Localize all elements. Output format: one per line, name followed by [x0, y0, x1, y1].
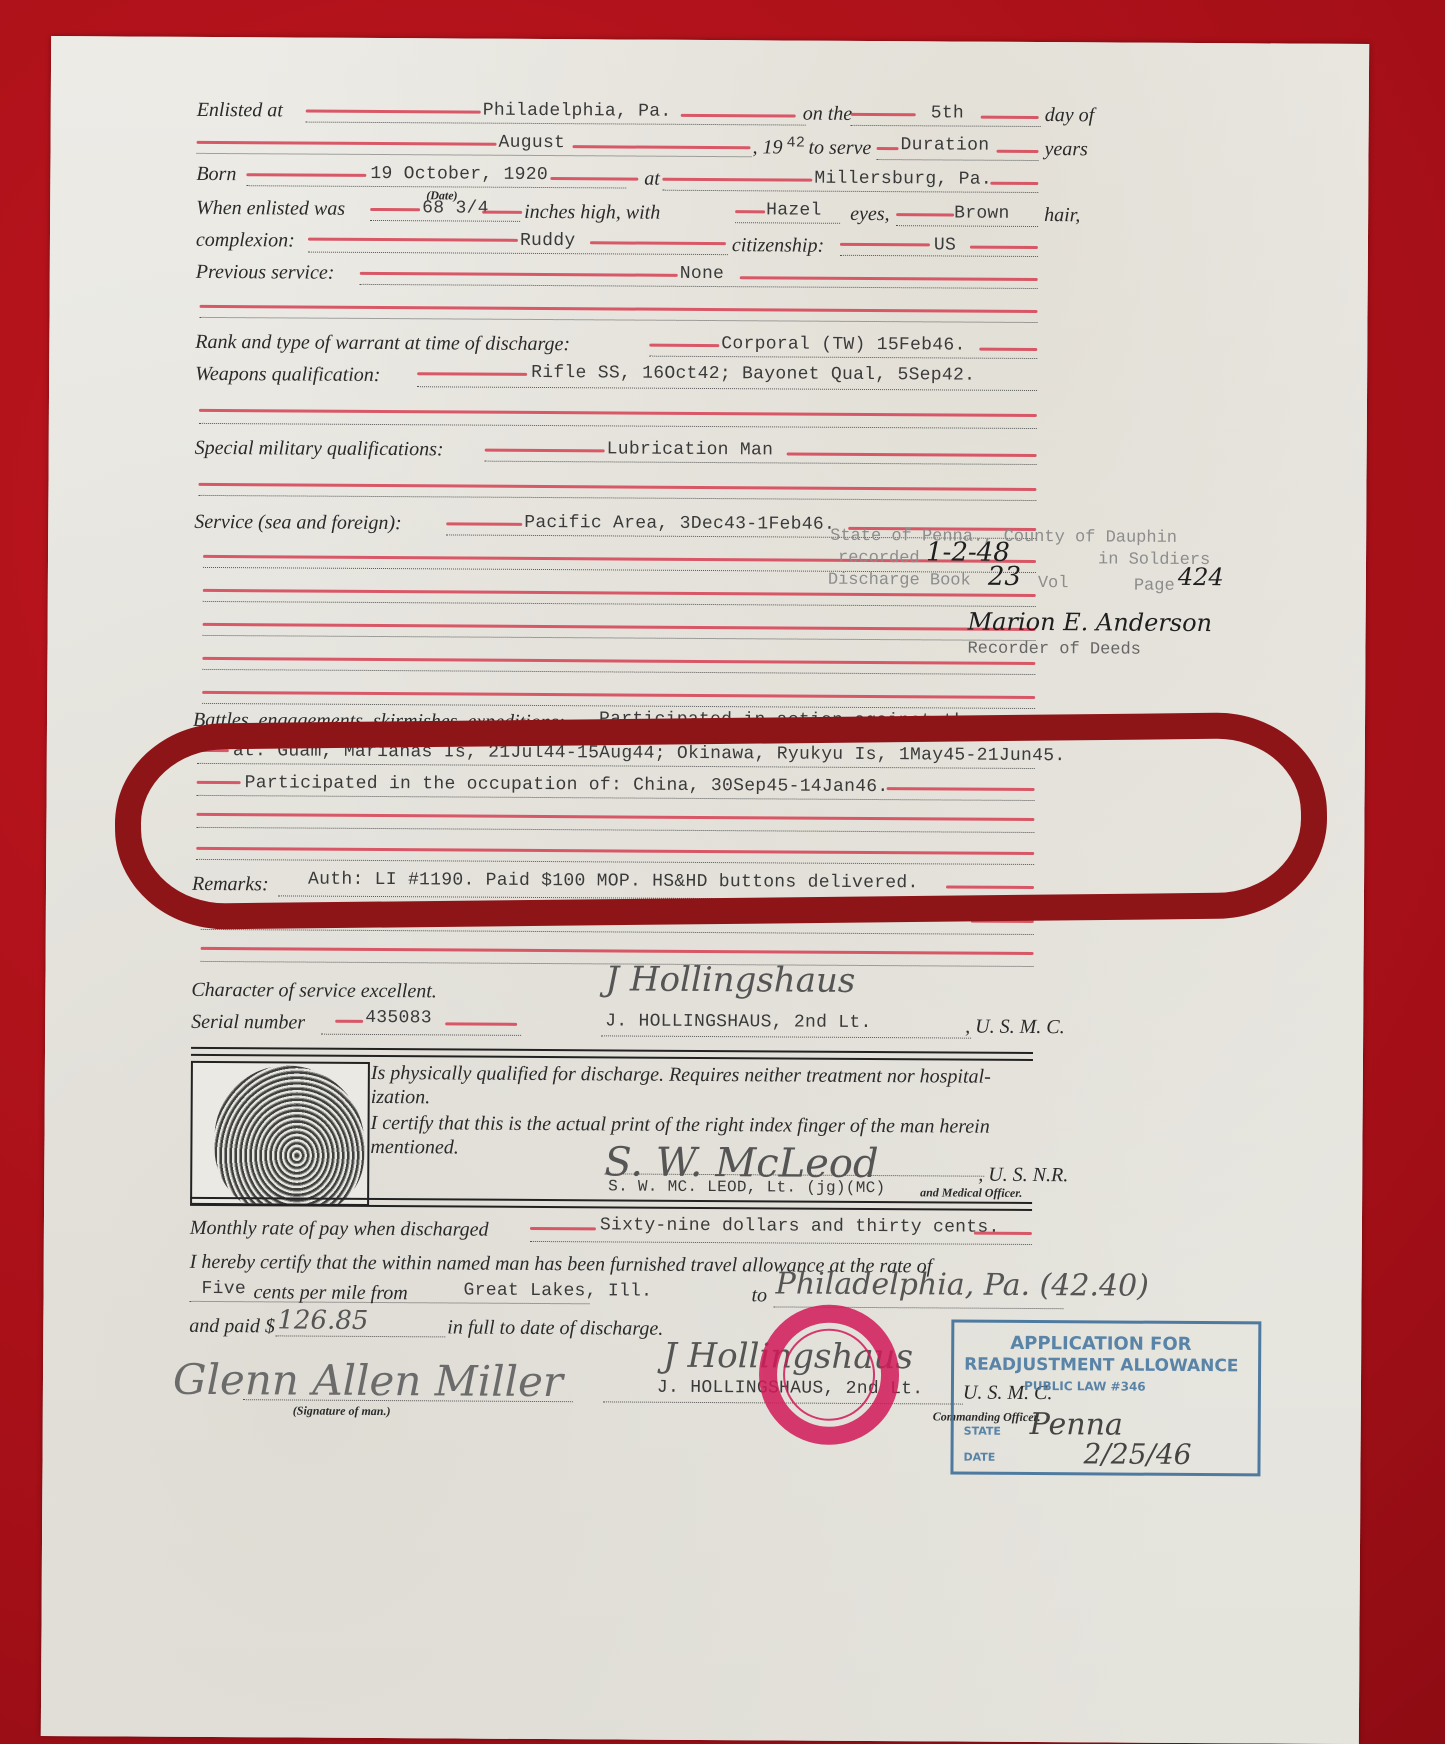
serial-number-label: Serial number: [191, 1011, 305, 1035]
rank-value: Corporal (TW) 15Feb46.: [721, 334, 965, 355]
to-serve-label: to serve: [808, 137, 871, 160]
vol-label: Vol: [1038, 574, 1069, 593]
years-label: years: [1044, 138, 1087, 161]
weapons-label: Weapons qualification:: [195, 363, 381, 387]
recorder-stamp-recorded: recorded: [838, 549, 920, 568]
fingerprint-image: [214, 1065, 365, 1206]
per-mile-label: cents per mile from: [253, 1281, 407, 1305]
citizenship-value: US: [934, 235, 956, 255]
travel-to-value: Philadelphia, Pa. (42.40): [775, 1266, 1149, 1303]
special-quals-value: Lubrication Man: [607, 439, 774, 460]
travel-to-label: to: [751, 1284, 767, 1307]
citizenship-label: citizenship:: [732, 234, 824, 258]
enlisted-at-value: Philadelphia, Pa.: [483, 101, 672, 122]
medical-line-1: Is physically qualified for discharge. R…: [371, 1062, 991, 1089]
page-label: Page: [1134, 577, 1175, 596]
year-prefix: , 19: [752, 136, 782, 159]
service-foreign-value: Pacific Area, 3Dec43-1Feb46.: [524, 513, 835, 535]
separation-center-stamp: [759, 1304, 900, 1445]
discharge-book-number: 23: [988, 562, 1021, 592]
paid-full-label: in full to date of discharge.: [447, 1316, 663, 1340]
hair-color: Brown: [954, 204, 1010, 224]
medical-line-4: mentioned.: [370, 1136, 458, 1160]
previous-service-label: Previous service:: [196, 261, 335, 285]
complexion-value: Ruddy: [520, 231, 576, 251]
height-value: 68 3/4: [422, 198, 489, 218]
hair-label: hair,: [1044, 204, 1080, 227]
page-number: 424: [1178, 563, 1224, 591]
battles-highlight-oval: [114, 712, 1328, 931]
travel-from: Great Lakes, Ill.: [463, 1281, 652, 1302]
rank-label: Rank and type of warrant at time of disc…: [195, 331, 570, 356]
stamp-line-1: APPLICATION FOR: [1010, 1333, 1191, 1355]
recorder-signature: Marion E. Anderson: [968, 608, 1213, 637]
monthly-pay-value: Sixty-nine dollars and thirty cents.: [600, 1215, 1000, 1237]
when-enlisted-label: When enlisted was: [196, 197, 345, 221]
birth-date: 19 October, 1920: [370, 164, 548, 185]
complexion-label: complexion:: [196, 229, 295, 253]
recorder-stamp-book-label: Discharge Book: [828, 571, 971, 591]
stamp-line-2: READJUSTMENT ALLOWANCE: [964, 1355, 1238, 1377]
monthly-pay-label: Monthly rate of pay when discharged: [190, 1217, 489, 1242]
enlisted-day: 5th: [931, 103, 964, 123]
service-foreign-label: Service (sea and foreign):: [194, 511, 402, 535]
service-term: Duration: [900, 135, 989, 156]
day-of-label: day of: [1045, 104, 1095, 127]
enlisted-month: August: [498, 133, 565, 153]
medical-officer-branch: , U. S. N.R.: [978, 1164, 1068, 1188]
eyes-label: eyes,: [850, 203, 890, 226]
birth-place: Millersburg, Pa.: [814, 169, 992, 190]
previous-service-value: None: [680, 264, 725, 284]
birth-at-label: at: [644, 168, 660, 191]
eye-color: Hazel: [766, 200, 822, 220]
man-signature: Glenn Allen Miller: [173, 1355, 563, 1406]
officer1-branch: , U. S. M. C.: [965, 1016, 1065, 1040]
weapons-value: Rifle SS, 16Oct42; Bayonet Qual, 5Sep42.: [531, 363, 975, 386]
stamp-line-3: PUBLIC LAW #346: [1024, 1379, 1146, 1394]
readjustment-allowance-stamp: APPLICATION FOR READJUSTMENT ALLOWANCE P…: [950, 1320, 1261, 1477]
stamp-date-value: 2/25/46: [1083, 1437, 1191, 1471]
medical-officer-name: S. W. MC. LEOD, Lt. (jg)(MC): [608, 1177, 885, 1197]
inches-label: inches high, with: [524, 201, 660, 225]
on-the-label: on the: [803, 103, 853, 126]
stamp-date-label: DATE: [964, 1451, 996, 1464]
recorder-title: Recorder of Deeds: [967, 640, 1141, 660]
medical-line-3: I certify that this is the actual print …: [370, 1112, 989, 1139]
special-quals-label: Special military qualifications:: [195, 437, 444, 462]
fingerprint-box: [190, 1061, 370, 1206]
enlisted-at-label: Enlisted at: [197, 99, 283, 123]
medical-officer-title: and Medical Officer.: [920, 1185, 1022, 1201]
born-label: Born: [196, 163, 236, 186]
serial-number-value: 435083: [365, 1008, 432, 1028]
officer1-signature: J Hollingshaus: [605, 959, 855, 1001]
medical-line-2: ization.: [371, 1086, 431, 1109]
man-signature-caption: (Signature of man.): [293, 1403, 391, 1419]
enlisted-year: 42: [787, 134, 806, 151]
officer1-name: J. HOLLINGSHAUS, 2nd Lt.: [605, 1011, 872, 1033]
travel-rate: Five: [201, 1279, 246, 1299]
character-of-service: Character of service excellent.: [191, 979, 437, 1003]
stamp-state-label: STATE: [964, 1425, 1001, 1438]
paid-label: and paid $: [189, 1315, 275, 1339]
paid-amount: 126.85: [277, 1305, 368, 1336]
